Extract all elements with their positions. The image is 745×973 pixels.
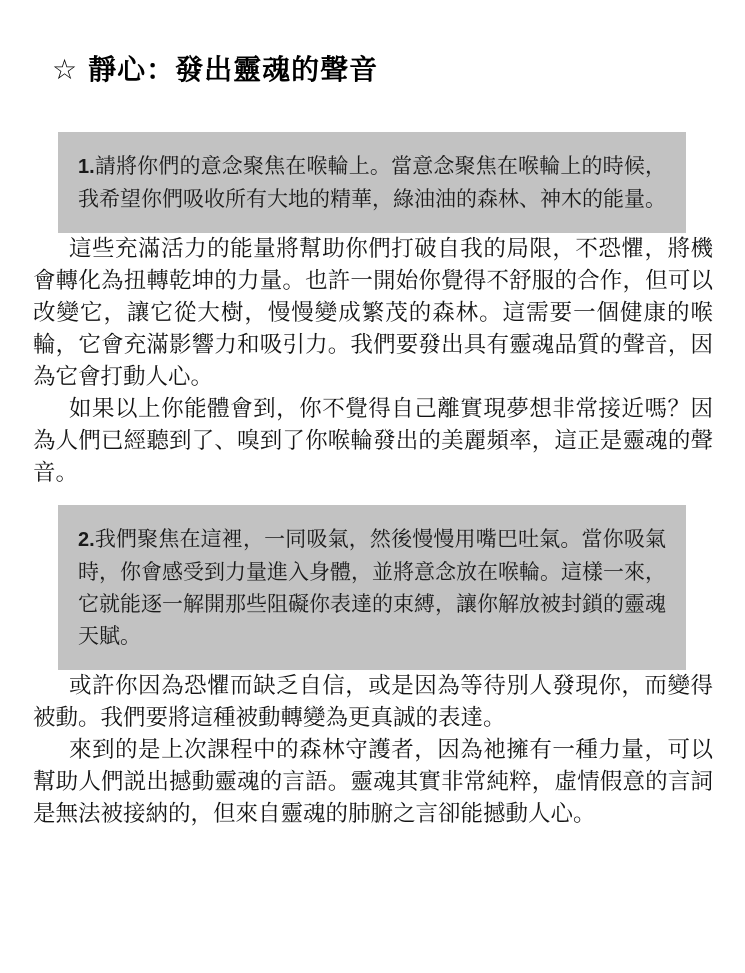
list-number-1: 1. [78,156,95,178]
paragraph-2: 如果以上你能體會到，你不覺得自己離實現夢想非常接近嗎？因為人們已經聽到了、嗅到了… [33,393,713,489]
page-title-text: 靜心：發出靈魂的聲音 [88,54,378,85]
paragraph-1: 這些充滿活力的能量將幫助你們打破自我的局限，不恐懼，將機會轉化為扭轉乾坤的力量。… [33,233,713,393]
highlight-text-1: 請將你們的意念聚焦在喉輪上。當意念聚焦在喉輪上的時候，我希望你們吸收所有大地的精… [78,154,666,211]
document-page: ☆靜心：發出靈魂的聲音 1.請將你們的意念聚焦在喉輪上。當意念聚焦在喉輪上的時候… [0,0,745,973]
highlight-text-2: 我們聚焦在這裡，一同吸氣，然後慢慢用嘴巴吐氣。當你吸氣時，你會感受到力量進入身體… [78,527,666,648]
highlight-block-1: 1.請將你們的意念聚焦在喉輪上。當意念聚焦在喉輪上的時候，我希望你們吸收所有大地… [58,132,686,233]
paragraph-4: 來到的是上次課程中的森林守護者，因為祂擁有一種力量，可以幫助人們説出撼動靈魂的言… [33,734,713,830]
highlight-block-2: 2.我們聚焦在這裡，一同吸氣，然後慢慢用嘴巴吐氣。當你吸氣時，你會感受到力量進入… [58,505,686,670]
star-icon: ☆ [52,54,78,85]
paragraph-3: 或許你因為恐懼而缺乏自信，或是因為等待別人發現你，而變得被動。我們要將這種被動轉… [33,670,713,734]
list-number-2: 2. [78,529,95,551]
page-title: ☆靜心：發出靈魂的聲音 [52,52,713,88]
